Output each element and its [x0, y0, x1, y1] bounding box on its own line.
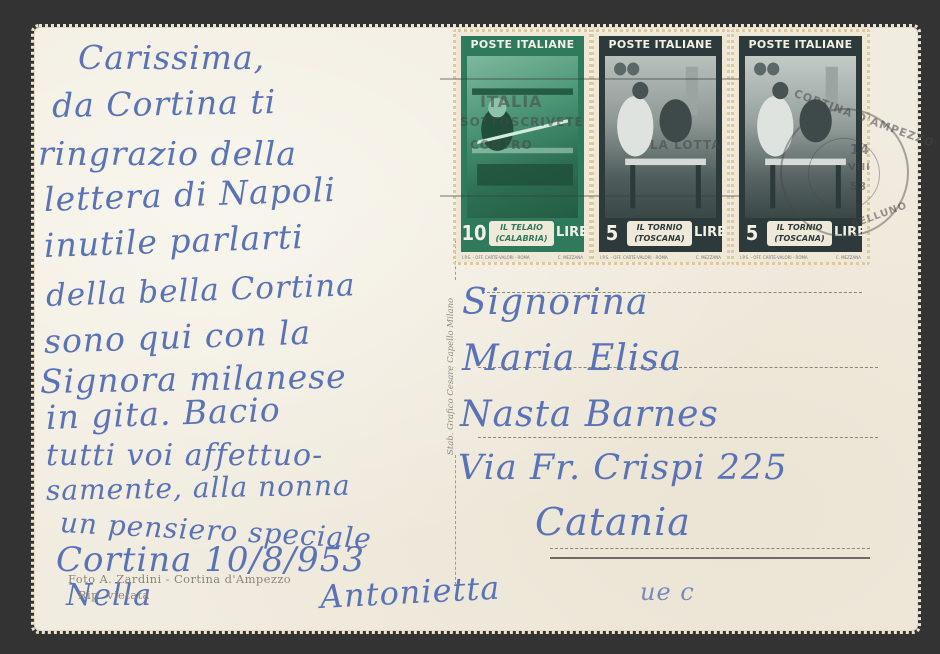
divider-line [455, 455, 456, 585]
scribble: ue c [640, 578, 695, 606]
stamp-region: (TOSCANA) [627, 233, 692, 244]
stamp-printer: I.P.S. - OFF. CARTE-VALORI - ROMA [740, 255, 808, 260]
stamp-ribbon: IL TORNIO (TOSCANA) [627, 221, 692, 246]
address-line: Via Fr. Crispi 225 [458, 448, 787, 488]
stamp-currency: LIRE [694, 218, 722, 248]
postmark-day: 14 [850, 143, 870, 158]
cancel-text: LA LOTTA [650, 138, 722, 152]
stamp-ribbon: IL TELAIO (CALABRIA) [489, 221, 554, 246]
photo-credit: Foto A. Zardini - Cortina d'Ampezzo [68, 572, 291, 586]
address-line: Nasta Barnes [460, 394, 719, 435]
cancel-text: SOTTOSCRIVETE [460, 115, 584, 129]
stamp-value: 10 [461, 218, 487, 248]
stamp-designer: C. MEZZANA [558, 255, 583, 260]
address-rule [478, 437, 878, 438]
stamp-header: POSTE ITALIANE [599, 36, 722, 53]
address-rule [550, 548, 870, 549]
stamp-region: (CALABRIA) [489, 233, 554, 244]
message-line: da Cortina ti [52, 82, 277, 125]
photo-credit-rights: Rip. vietata [78, 588, 150, 602]
stamp-header: POSTE ITALIANE [461, 36, 584, 53]
message-line: in gita. Bacio [45, 390, 281, 437]
stamp-value: 5 [739, 218, 765, 248]
address-underline [550, 557, 870, 559]
stamp-currency: LIRE [556, 218, 584, 248]
printer-credit: Stab. Grafico Cesare Capello Milano [446, 298, 456, 455]
postmark-month: VIII [848, 162, 871, 173]
cancel-text: ITALIA [480, 92, 543, 111]
stamp-region: (TOSCANA) [767, 233, 832, 244]
stamp-designer: C. MEZZANA [836, 255, 861, 260]
stamp-value: 5 [599, 218, 625, 248]
message-line: Carissima, [78, 38, 265, 77]
address-line: Maria Elisa [462, 338, 682, 379]
stamp-header: POSTE ITALIANE [739, 36, 862, 53]
message-line: samente, alla nonna [46, 469, 351, 507]
stamp-designer: C. MEZZANA [696, 255, 721, 260]
stamp-title: IL TORNIO [627, 222, 692, 233]
postmark-year: 53 [850, 180, 867, 193]
address-line: Catania [535, 500, 691, 544]
stamp-printer: I.P.S. - OFF. CARTE-VALORI - ROMA [462, 255, 530, 260]
address-line: Signorina [462, 282, 648, 323]
message-line: tutti voi affettuo- [46, 438, 323, 473]
cancel-text: CONTRO [470, 138, 533, 152]
stamp-printer: I.P.S. - OFF. CARTE-VALORI - ROMA [600, 255, 668, 260]
stamp-title: IL TELAIO [489, 222, 554, 233]
message-line: ringrazio della [38, 134, 297, 173]
